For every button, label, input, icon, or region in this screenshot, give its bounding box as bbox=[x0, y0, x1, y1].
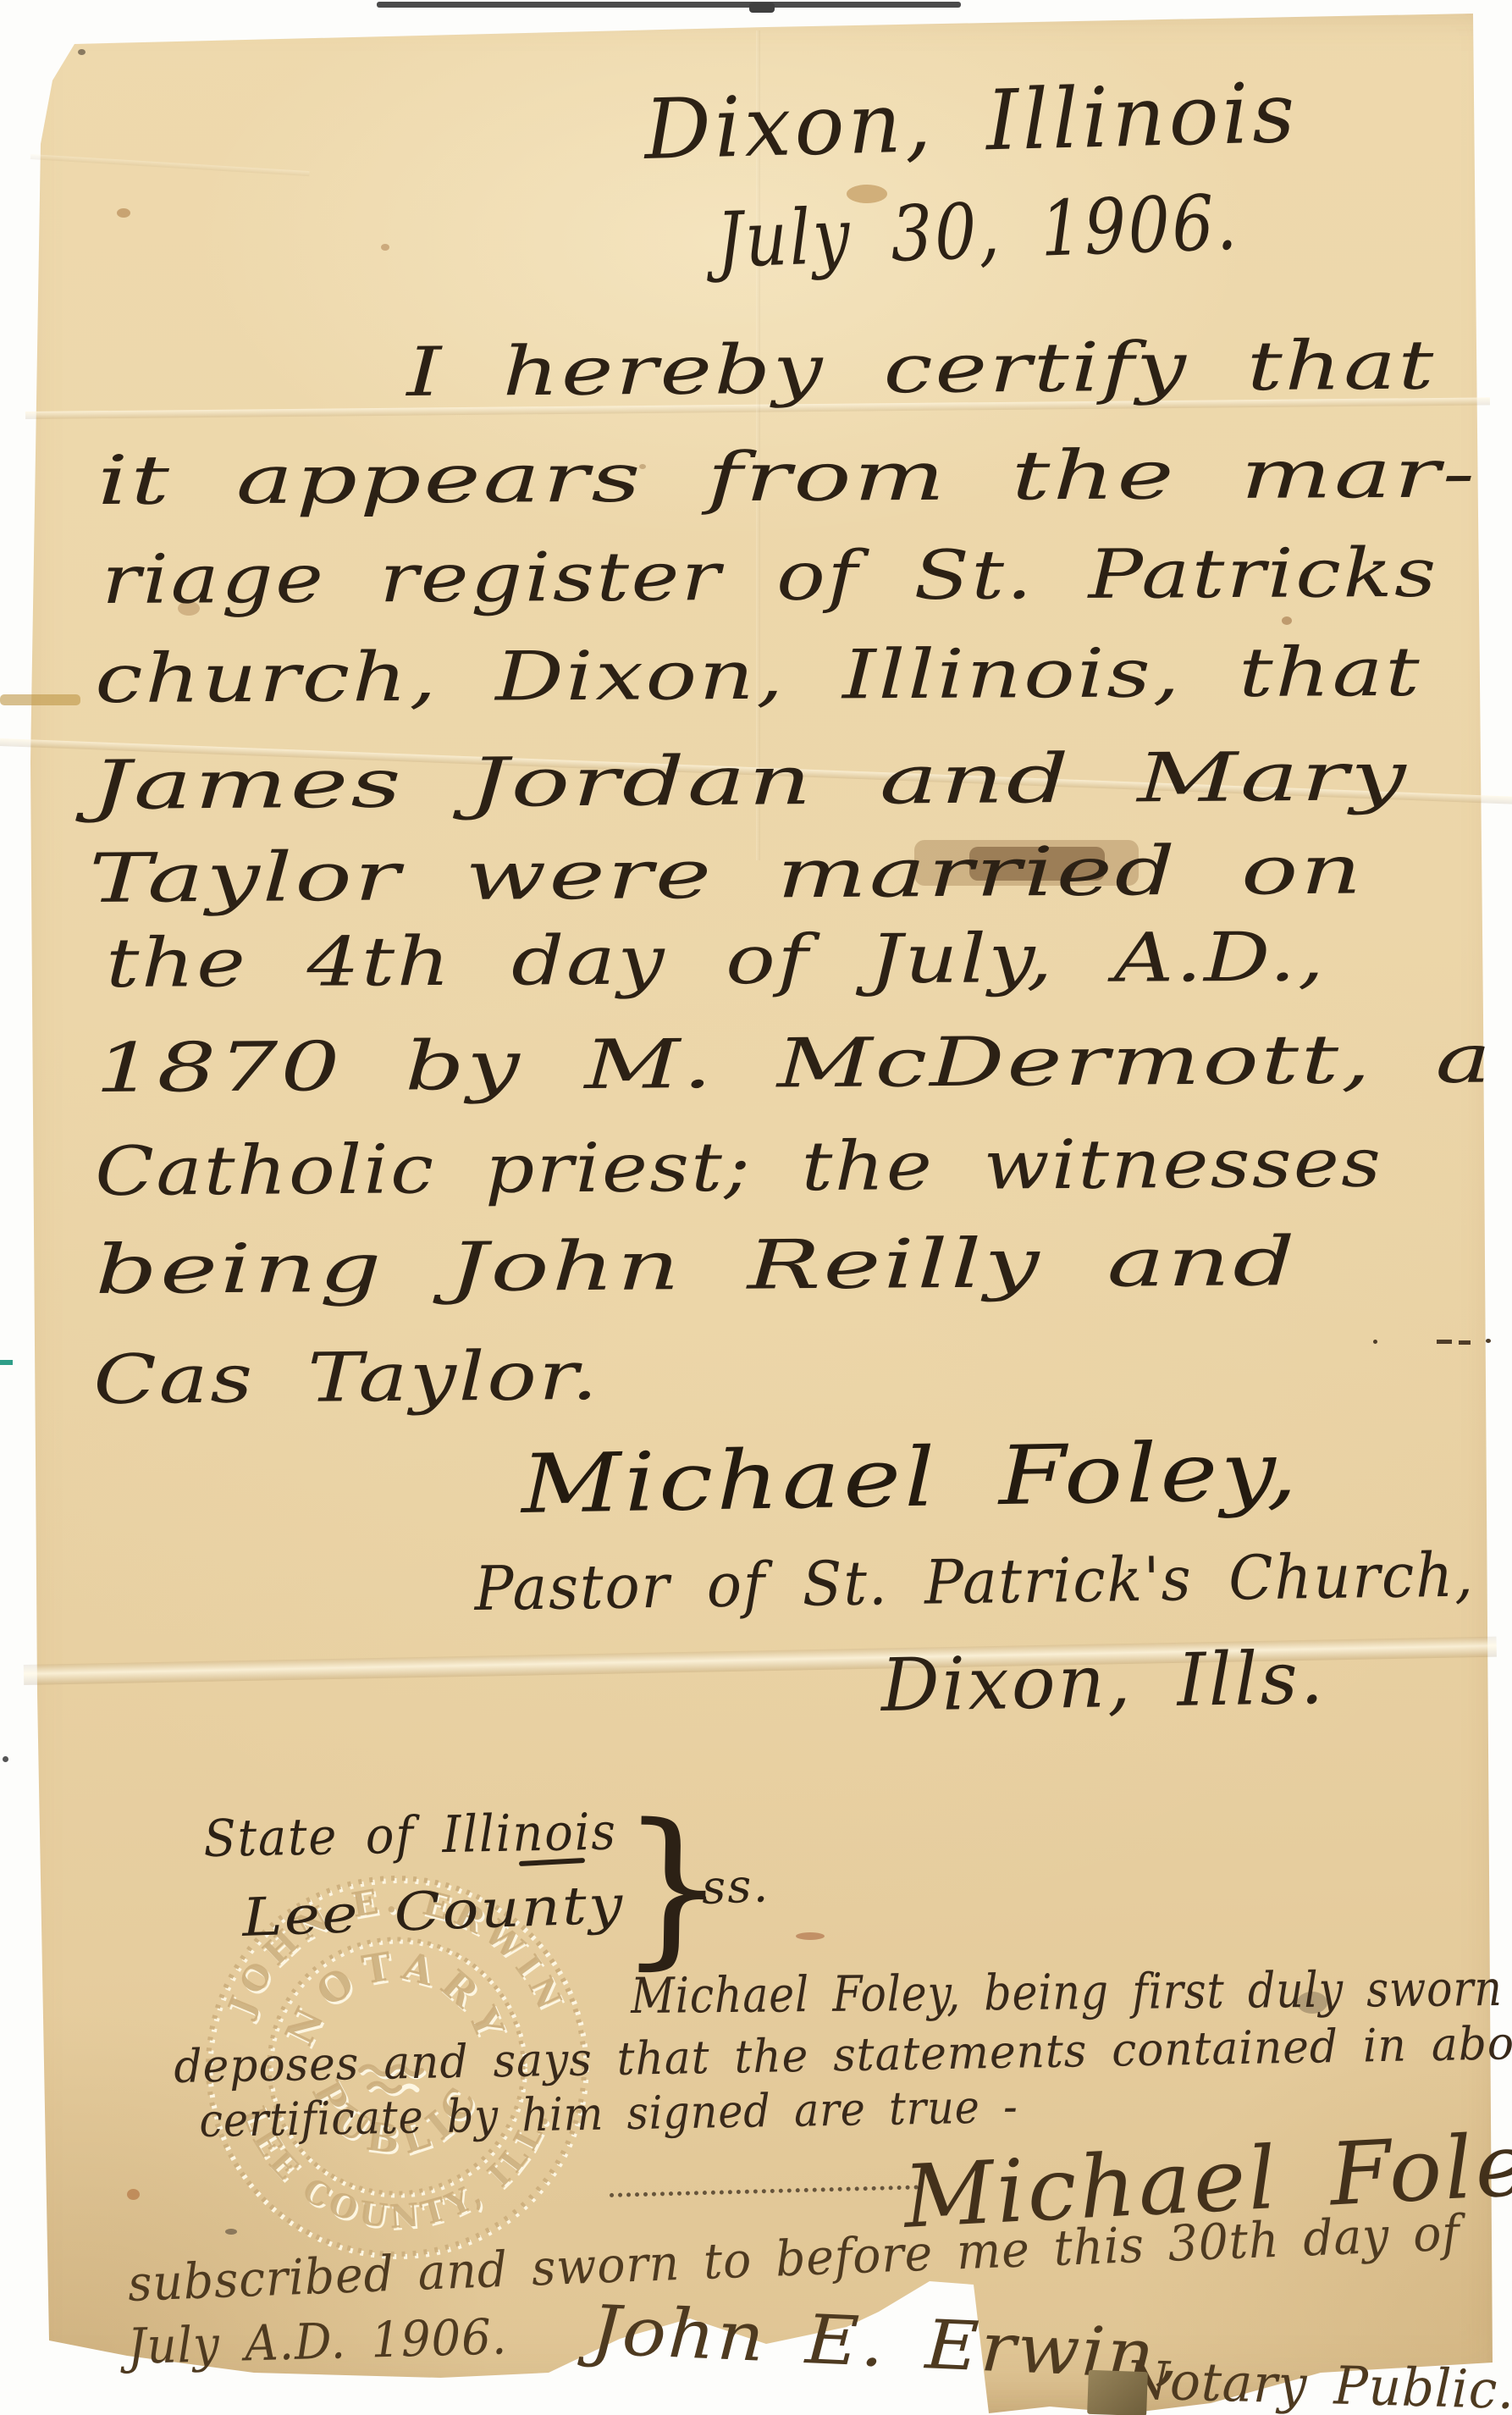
stain-spot bbox=[78, 49, 86, 55]
ink-dots-right-margin bbox=[1373, 1340, 1377, 1344]
body-line-1: I hereby certify that bbox=[406, 332, 1436, 406]
body-line-4: church, Dixon, Illinois, that bbox=[95, 638, 1422, 713]
ink-dots-right-margin bbox=[1486, 1339, 1491, 1343]
body-line-7: the 4th day of July, A.D., bbox=[106, 923, 1326, 997]
jurat-line-2: July A.D. 1906. bbox=[127, 2312, 508, 2371]
ink-dots-right-margin bbox=[1437, 1340, 1452, 1344]
venue-ss-label: ss. bbox=[701, 1862, 770, 1911]
body-line-6: Taylor were married on bbox=[89, 836, 1364, 913]
scan-artifact-left-tan-dash bbox=[0, 694, 80, 705]
affidavit-line-1: Michael Foley, being first duly sworn bbox=[631, 1964, 1503, 2020]
stain-spot bbox=[117, 208, 130, 218]
tape-fragment bbox=[1087, 2370, 1148, 2415]
body-line-11: Cas Taylor. bbox=[93, 1342, 600, 1414]
stain-rust-spot bbox=[127, 2189, 140, 2200]
venue-county: Lee County bbox=[241, 1878, 626, 1944]
stain-red-specks bbox=[796, 1932, 825, 1940]
scan-artifact-top-blob bbox=[749, 3, 775, 13]
body-line-8: 1870 by M. McDermott, a bbox=[95, 1025, 1493, 1102]
dateline-date: July 30, 1906. bbox=[715, 185, 1240, 279]
pastor-place: Dixon, Ills. bbox=[880, 1642, 1327, 1722]
scan-artifact-left-dot bbox=[3, 1756, 8, 1762]
stain-spot bbox=[381, 244, 389, 251]
scan-artifact-left-teal-dash bbox=[0, 1360, 13, 1365]
dateline-place: Dixon, Illinois bbox=[643, 72, 1299, 172]
body-line-9: Catholic priest; the witnesses bbox=[95, 1129, 1382, 1206]
notary-signature-title: Notary Public. bbox=[1124, 2354, 1512, 2415]
affidavit-line-3: certificate by him signed are true - bbox=[199, 2084, 1018, 2144]
stain-spot bbox=[1282, 616, 1292, 625]
ink-dots-right-margin bbox=[1459, 1340, 1471, 1345]
venue-state: State of Illinois bbox=[203, 1806, 617, 1865]
scan-artifact-top-line bbox=[377, 2, 961, 8]
pastor-signature: Michael Foley, bbox=[521, 1430, 1300, 1525]
scanned-document-canvas: JOHN E. ERWIN LEE COUNTY, ILL. NOTARY PU… bbox=[0, 0, 1512, 2415]
body-line-3: riage register of St. Patricks bbox=[102, 539, 1438, 614]
body-line-10: being John Reilly and bbox=[95, 1228, 1298, 1304]
body-line-2: it appears from the mar- bbox=[97, 439, 1477, 515]
pastor-title: Pastor of St. Patrick's Church, bbox=[474, 1545, 1475, 1619]
body-line-5: James Jordan and Mary bbox=[91, 743, 1409, 820]
